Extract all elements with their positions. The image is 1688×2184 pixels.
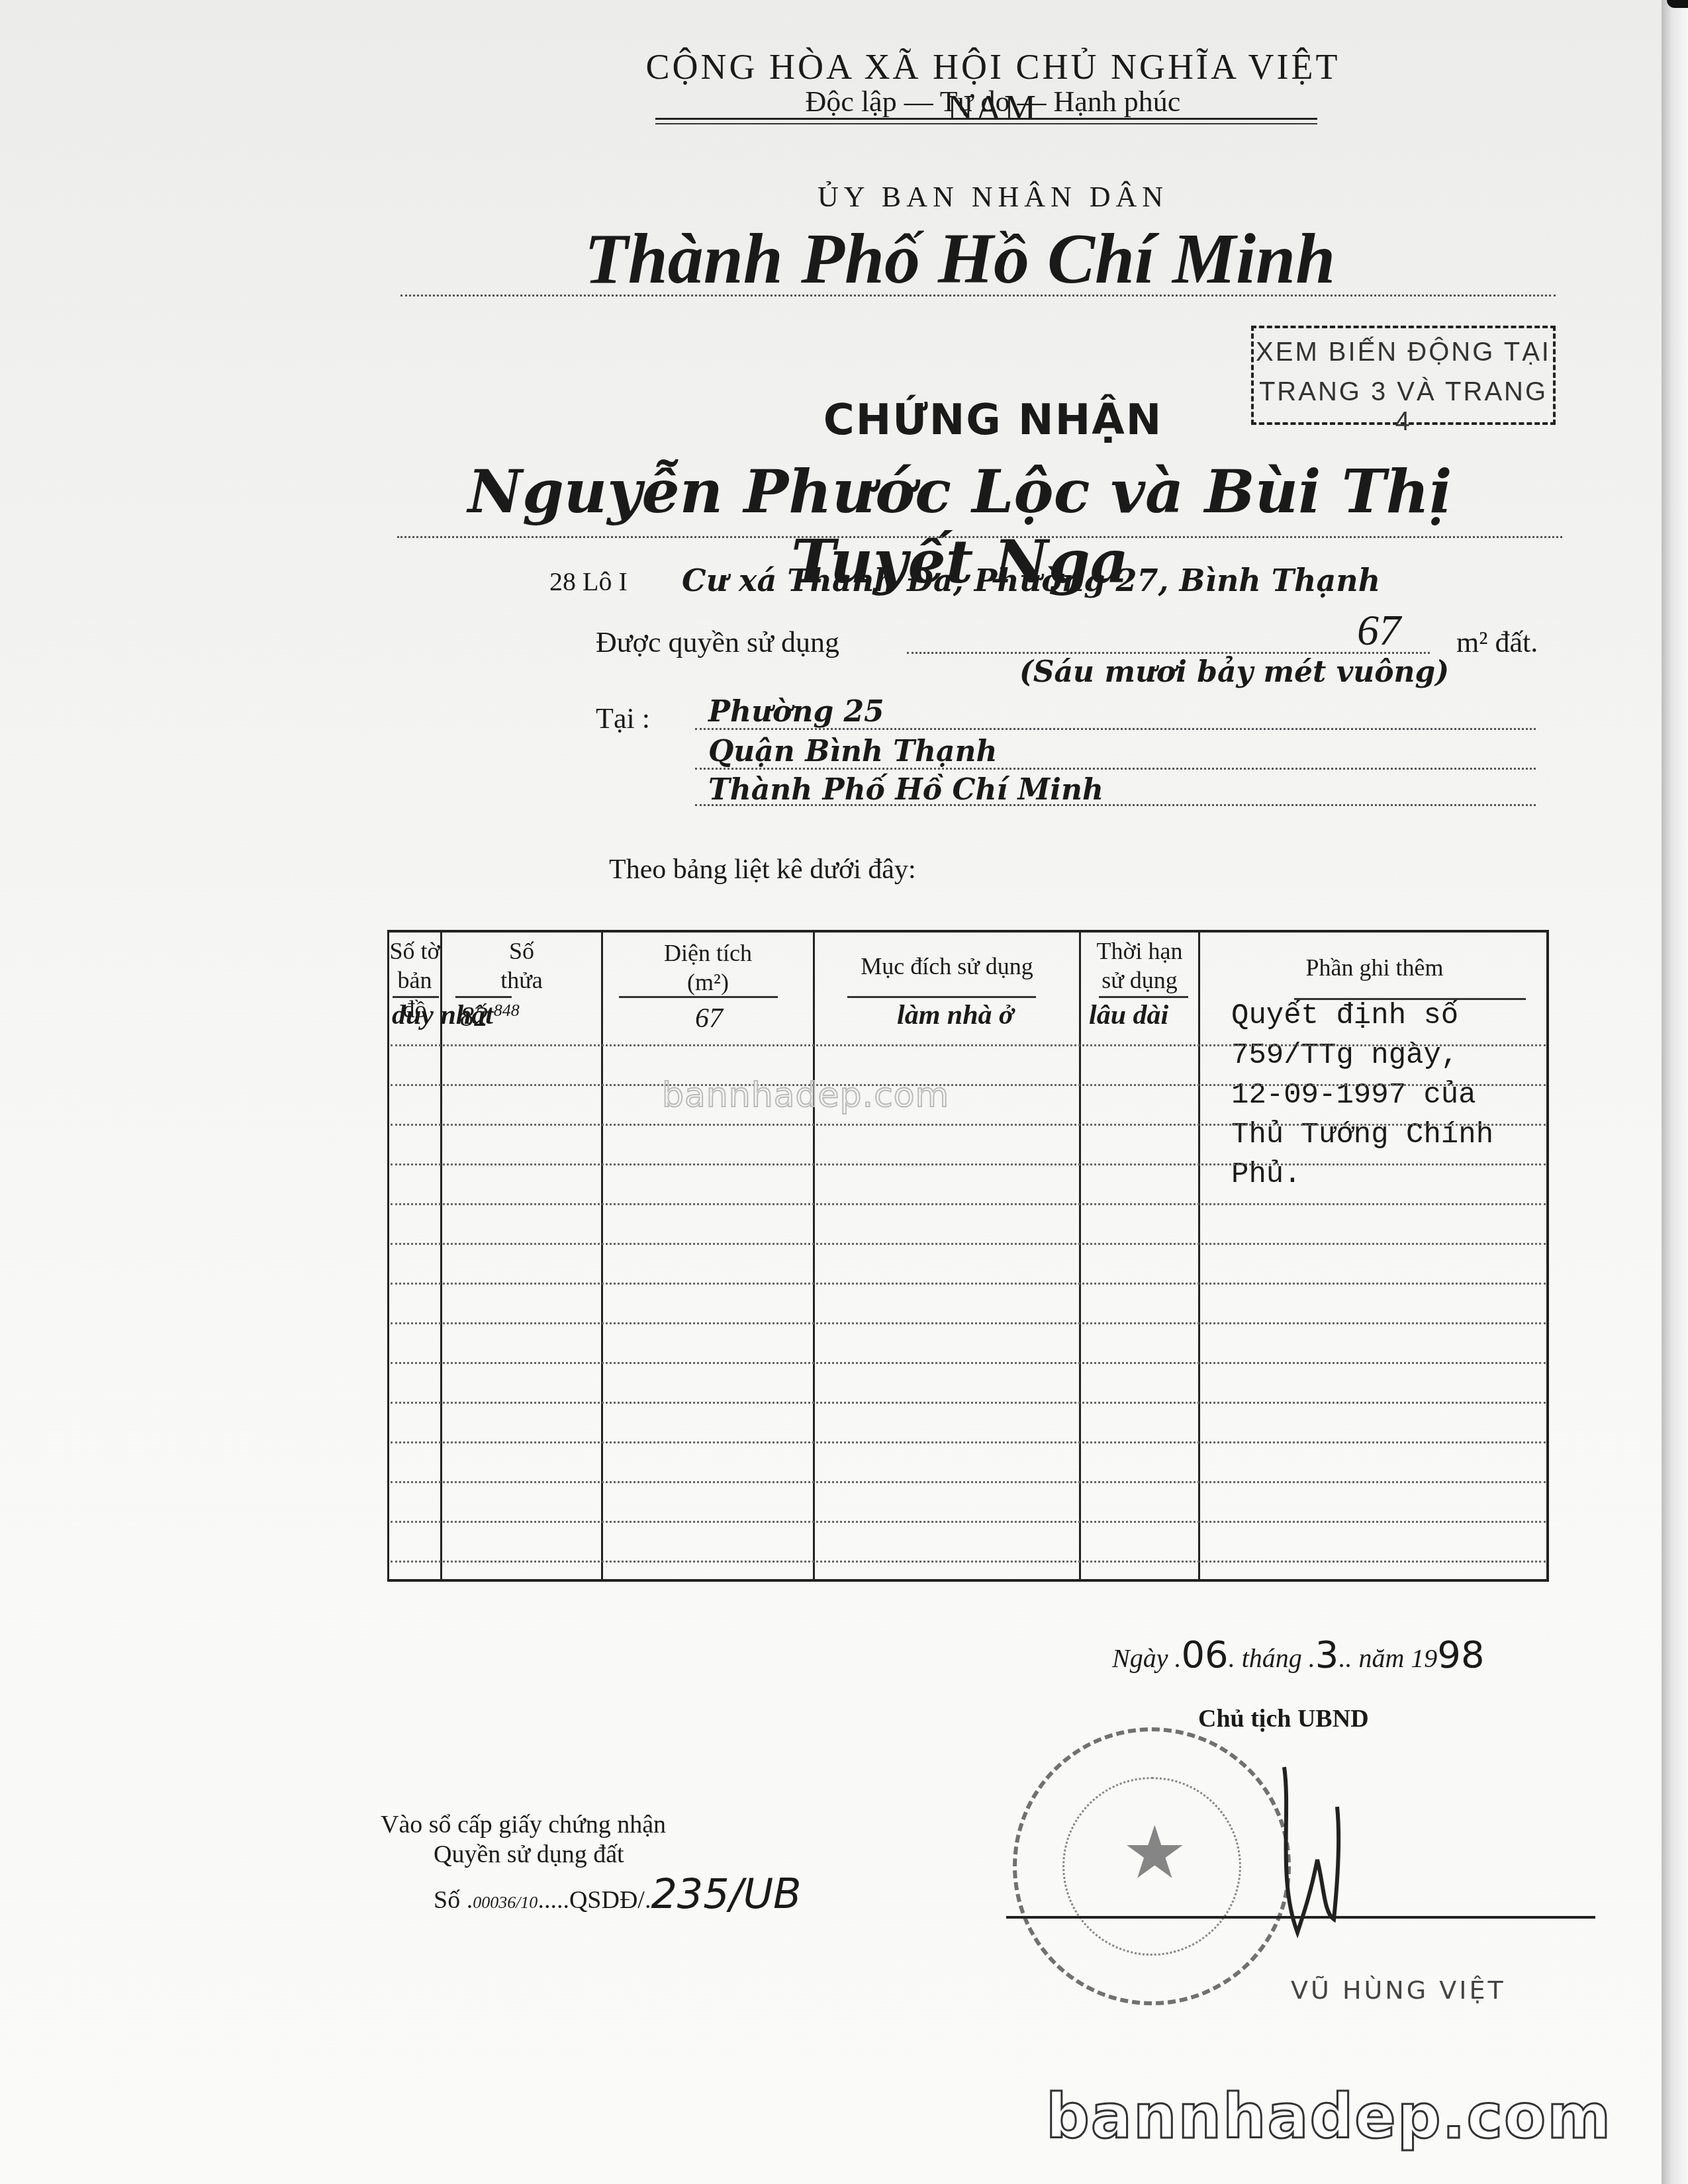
location-dotted-line-2 [695,768,1536,770]
area-unit: m² đất. [1456,625,1538,659]
committee-title: ỦY BAN NHÂN DÂN [596,180,1390,214]
cell-parcel: 82-848 [460,1001,520,1033]
scan-edge [1662,0,1688,2184]
owner-address: Cư xá Thanh Đa, Phường 27, Bình Thạnh [682,563,1380,598]
issue-date: Ngày .06. tháng .3.. năm 1998 [1112,1633,1485,1676]
registration-line1: Vào sổ cấp giấy chứng nhận [381,1810,666,1839]
header-purpose: Mục đích sử dụng [815,952,1079,981]
row-line [391,1203,1546,1205]
header-term: Thời hạn sử dụng [1081,936,1198,995]
cell-purpose: làm nhà ở [897,999,1014,1031]
row-line [391,1163,1546,1165]
header-underline [455,996,512,998]
col-divider [1198,930,1200,1582]
row-line [391,1481,1546,1483]
motto-divider [655,118,1317,120]
use-right-dotted-line [907,652,1430,654]
area-in-words: (Sáu mươi bảy mét vuông) [1019,655,1449,689]
row-line [391,1362,1546,1364]
area-value: 67 [1357,606,1401,656]
row-line [391,1283,1546,1285]
scan-corner [1667,0,1688,8]
motto-divider-2 [655,123,1317,124]
row-line [391,1084,1546,1086]
header-parcel: Số thửa [442,936,601,995]
row-line [391,1124,1546,1126]
use-right-label: Được quyền sử dụng [596,625,839,659]
star-emblem-icon: ★ [1122,1810,1188,1895]
row-line [391,1322,1546,1324]
row-line [391,1521,1546,1523]
watermark-table: bannhadep.com [662,1075,949,1115]
owner-dotted-line [397,536,1562,538]
table-intro: Theo bảng liệt kê dưới đây: [609,854,916,886]
note-line: Quyết định số [1231,999,1458,1032]
row-line [391,1243,1546,1245]
chair-title: Chủ tịch UBND [1198,1704,1369,1733]
header-notes: Phần ghi thêm [1200,953,1549,982]
city-title: Thành Phố Hồ Chí Minh [397,218,1523,300]
location-district: Quận Bình Thạnh [708,735,998,768]
signer-name: VŨ HÙNG VIỆT [1291,1976,1506,2005]
watermark-footer: bannhadep.com [1046,2081,1612,2152]
national-motto: Độc lập — Tự do — Hạnh phúc [596,85,1390,118]
row-line [391,1441,1546,1443]
col-divider [813,930,815,1582]
location-ward: Phường 25 [708,695,884,729]
row-line [391,1561,1546,1563]
signature-underline [1006,1916,1595,1919]
row-line [391,1402,1546,1404]
header-area: Diện tích (m²) [603,938,813,997]
registration-line2: Quyền sử dụng đất [434,1840,624,1869]
cell-area: 67 [695,1003,723,1034]
city-dotted-line [400,295,1556,296]
certificate-title: CHỨNG NHẬN [596,396,1390,445]
variation-stamp-line1: XEM BIẾN ĐỘNG TẠI [1251,338,1556,367]
registration-number: Số .00036/10.....QSDĐ/.235/UB [434,1870,802,1918]
cell-term: lâu dài [1089,999,1168,1031]
col-divider [1079,930,1081,1582]
header-underline [847,996,1036,998]
address-prefix: 28 Lô I [549,566,628,597]
location-label: Tại : [596,702,650,735]
header-underline [619,996,778,998]
header-underline [1099,996,1188,998]
header-underline [393,996,439,998]
location-dotted-line-1 [695,728,1536,730]
row-line [391,1044,1546,1046]
location-dotted-line-3 [695,804,1536,806]
location-city: Thành Phố Hồ Chí Minh [708,773,1103,807]
col-divider [601,930,603,1582]
